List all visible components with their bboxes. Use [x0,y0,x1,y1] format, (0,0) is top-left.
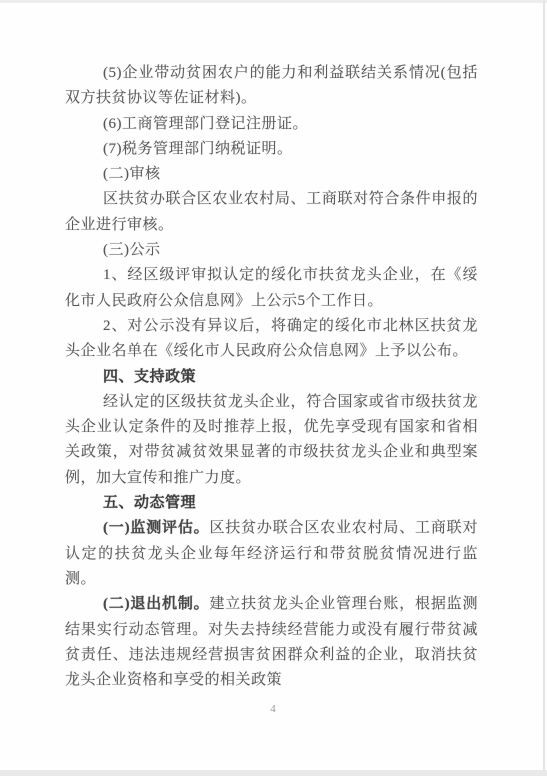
scan-edge-top [0,0,547,3]
paragraph: 2、对公示没有异议后，将确定的绥化市北林区扶贫龙头企业名单在《绥化市人民政府公众… [65,314,478,365]
paragraph-label: (一)监测评估。 [103,520,210,536]
paragraph: 经认定的区级扶贫龙头企业，符合国家或省市级扶贫龙头企业认定条件的及时推荐上报，优… [65,390,478,491]
section-heading: 五、动态管理 [65,491,478,516]
document-body: (5)企业带动贫困农户的能力和利益联结关系情况(包括双方扶贫协议等佐证材料)。(… [65,61,478,693]
scan-edge-bottom [0,770,547,776]
paragraph: (7)税务管理部门纳税证明。 [65,137,478,162]
section-heading: 四、支持政策 [65,365,478,390]
paragraph: (二)退出机制。建立扶贫龙头企业管理台账，根据监测结果实行动态管理。对失去持续经… [65,592,478,693]
scanned-document-page: (5)企业带动贫困农户的能力和利益联结关系情况(包括双方扶贫协议等佐证材料)。(… [0,0,547,776]
paragraph: (一)监测评估。区扶贫办联合区农业农村局、工商联对认定的扶贫龙头企业每年经济运行… [65,516,478,592]
paragraph-label: (二)退出机制。 [103,596,210,612]
page-number: 4 [0,703,547,715]
paragraph: (5)企业带动贫困农户的能力和利益联结关系情况(包括双方扶贫协议等佐证材料)。 [65,61,478,112]
paragraph: (6)工商管理部门登记注册证。 [65,112,478,137]
paragraph: 区扶贫办联合区农业农村局、工商联对符合条件申报的企业进行审核。 [65,187,478,238]
paragraph: 1、经区级评审拟认定的绥化市扶贫龙头企业，在《绥化市人民政府公众信息网》上公示5… [65,263,478,314]
paragraph: (三)公示 [65,238,478,263]
paragraph: (二)审核 [65,162,478,187]
scan-edge-right [543,0,545,776]
